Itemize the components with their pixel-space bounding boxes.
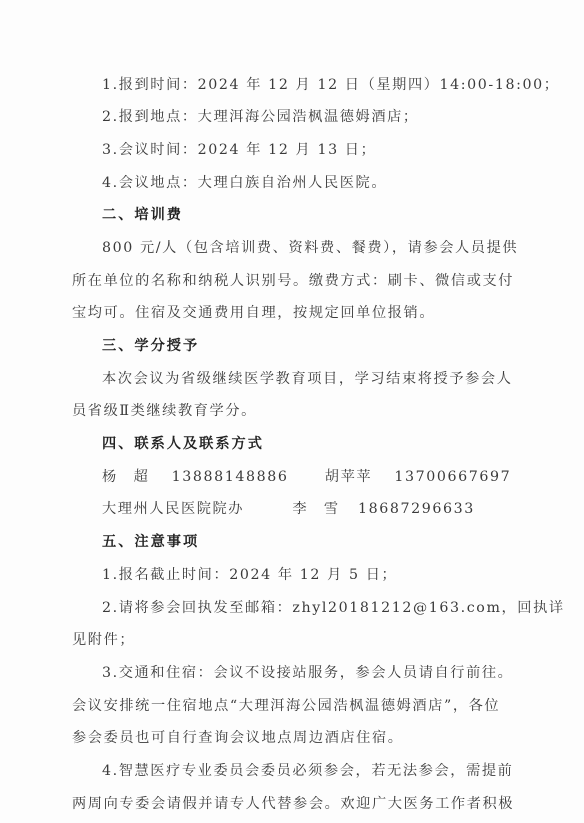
section-heading-fees: 二、培训费 [102, 205, 542, 225]
contact-phone: 13888148886 [172, 469, 289, 485]
contact-name: 李 雪 [292, 501, 339, 517]
contact-name: 杨 超 [102, 469, 149, 485]
notes-line-4: 3.交通和住宿：会议不设接站服务，参会人员请自行前往。 [102, 663, 542, 683]
schedule-item-1: 1.报到时间：2024 年 12 月 12 日（星期四）14:00-18:00； [102, 75, 542, 95]
credits-line-1: 本次会议为省级继续医学教育项目，学习结束将授予参会人 [102, 369, 542, 389]
notes-line-3: 见附件； [72, 630, 512, 650]
schedule-item-4: 4.会议地点：大理白族自治州人民医院。 [102, 173, 542, 193]
section-heading-contacts: 四、联系人及联系方式 [102, 434, 542, 454]
credits-line-2: 员省级Ⅱ类继续教育学分。 [72, 401, 512, 421]
notes-line-2: 2.请将参会回执发至邮箱：zhyl20181212@163.com，回执详 [102, 598, 542, 618]
notes-line-8: 两周向专委会请假并请专人代替参会。欢迎广大医务工作者积极 [72, 794, 512, 814]
notes-line-6: 参会委员也可自行查询会议地点周边酒店住宿。 [72, 728, 512, 748]
contact-name: 胡苹苹 [325, 469, 372, 485]
schedule-item-3: 3.会议时间：2024 年 12 月 13 日； [102, 140, 542, 160]
contact-org: 大理州人民医院院办 [102, 501, 244, 517]
section-heading-notes: 五、注意事项 [102, 532, 542, 552]
contact-phone: 18687296633 [358, 501, 475, 517]
contact-phone: 13700667697 [394, 469, 511, 485]
document-page: 1.报到时间：2024 年 12 月 12 日（星期四）14:00-18:00；… [0, 0, 584, 823]
notes-line-1: 1.报名截止时间：2024 年 12 月 5 日； [102, 565, 542, 585]
contact-row-2: 大理州人民医院院办 李 雪 18687296633 [102, 499, 542, 519]
contact-row-1: 杨 超 13888148886 胡苹苹 13700667697 [102, 467, 542, 487]
notes-line-5: 会议安排统一住宿地点“大理洱海公园浩枫温德姆酒店”，各位 [72, 696, 512, 716]
fees-line-3: 宝均可。住宿及交通费用自理，按规定回单位报销。 [72, 303, 512, 323]
section-heading-credits: 三、学分授予 [102, 336, 542, 356]
fees-line-1: 800 元/人（包含培训费、资料费、餐费），请参会人员提供 [102, 238, 542, 258]
schedule-item-2: 2.报到地点：大理洱海公园浩枫温德姆酒店； [102, 107, 542, 127]
notes-line-7: 4.智慧医疗专业委员会委员必须参会，若无法参会，需提前 [102, 761, 542, 781]
fees-line-2: 所在单位的名称和纳税人识别号。缴费方式：刷卡、微信或支付 [72, 271, 512, 291]
